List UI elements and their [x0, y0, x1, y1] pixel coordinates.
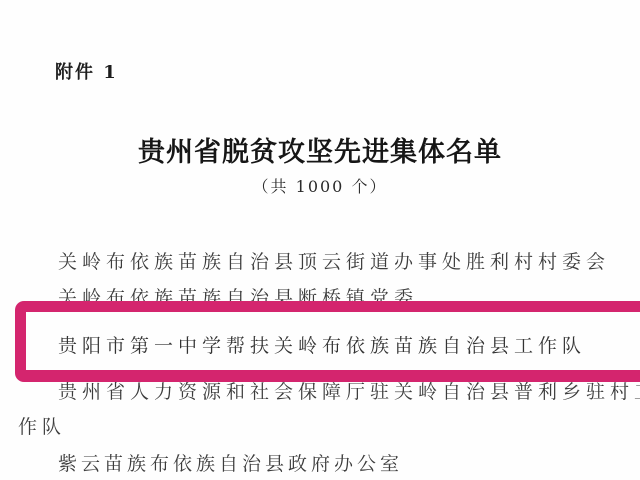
list-entry-continuation: 作队 — [18, 412, 66, 439]
list-entry: 紫云苗族布依族自治县政府办公室 — [58, 449, 403, 476]
list-entry: 关岭布依族苗族自治县断桥镇党委 — [58, 283, 418, 310]
attachment-label: 附件 1 — [55, 58, 118, 84]
document-subtitle: （共 1000 个） — [0, 174, 640, 197]
document-title: 贵州省脱贫攻坚先进集体名单 — [0, 130, 640, 169]
list-entry-highlighted: 贵阳市第一中学帮扶关岭布依族苗族自治县工作队 — [58, 331, 586, 358]
list-entry: 关岭布依族苗族自治县顶云街道办事处胜利村村委会 — [58, 247, 610, 274]
list-entry: 贵州省人力资源和社会保障厅驻关岭自治县普利乡驻村工 — [58, 377, 640, 404]
document-page: 附件 1 贵州省脱贫攻坚先进集体名单 （共 1000 个） 关岭布依族苗族自治县… — [0, 0, 640, 480]
